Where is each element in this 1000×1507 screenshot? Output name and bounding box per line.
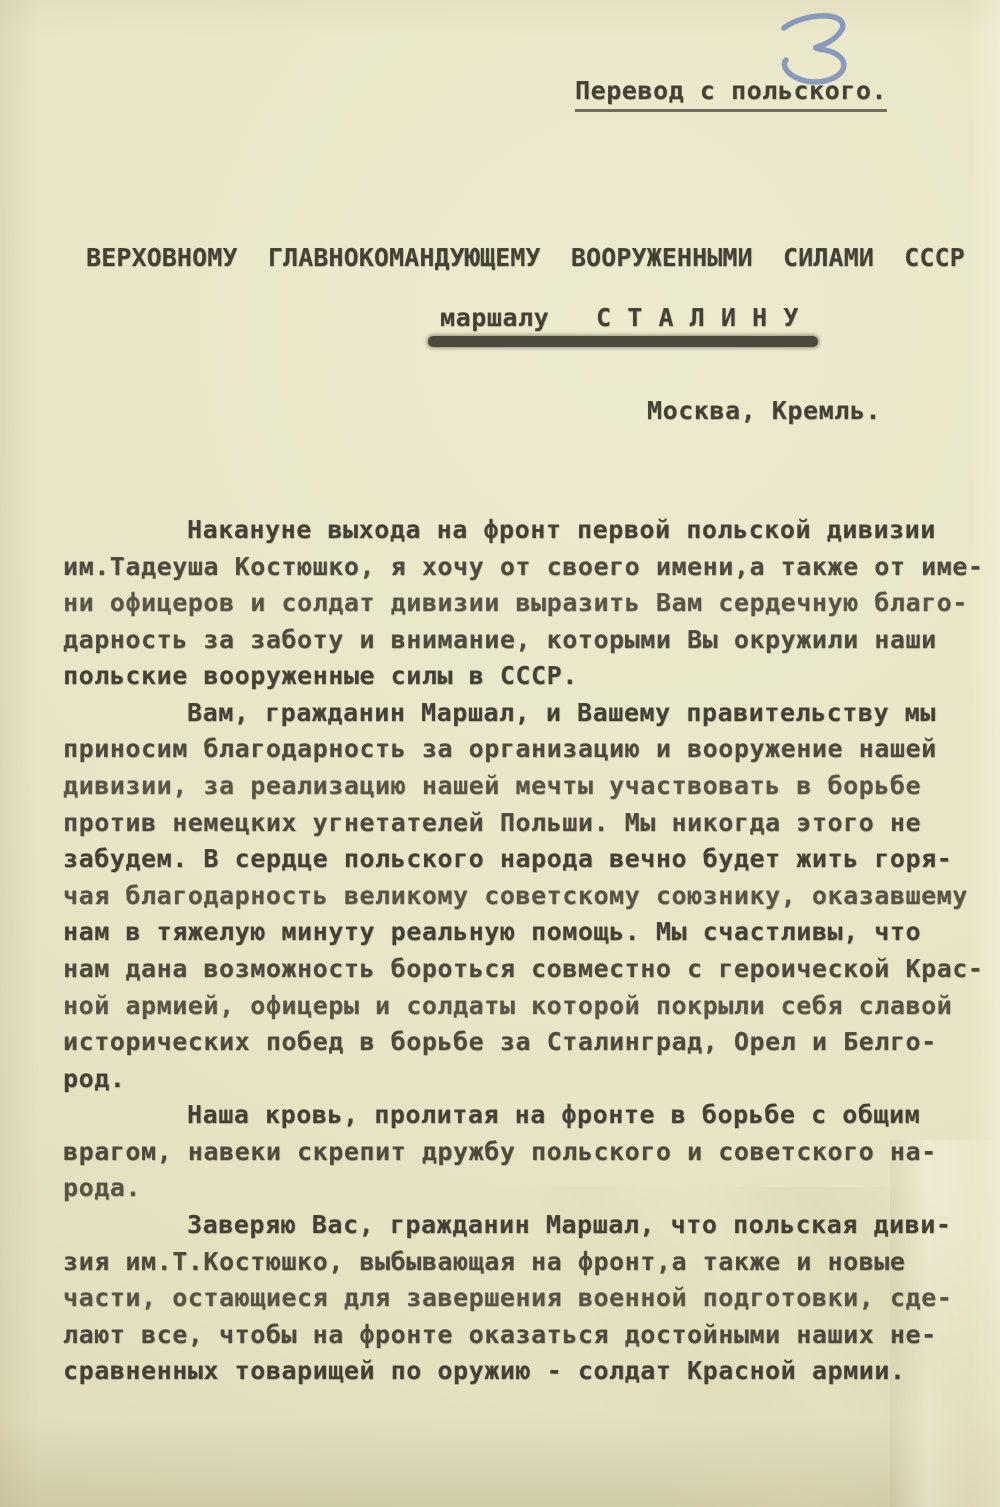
stalin-underline — [428, 336, 818, 347]
text-line: польские вооруженные силы в СССР. — [63, 658, 999, 695]
text-line: чая благодарность великому советскому со… — [63, 878, 999, 915]
text-line: ни офицеров и солдат дивизии выразить Ва… — [63, 585, 999, 622]
text-line: им.Тадеуша Костюшко, я хочу от своего им… — [63, 549, 999, 586]
text-line: дарность за заботу и внимание, которыми … — [63, 622, 999, 659]
text-line: врагом, навеки скрепит дружбу польского … — [63, 1134, 999, 1171]
paragraph: Заверяю Вас, гражданин Маршал, что польс… — [63, 1207, 999, 1390]
text-line: части, остающиеся для завершения военной… — [63, 1280, 999, 1317]
paragraph: Накануне выхода на фронт первой польской… — [63, 512, 999, 695]
text-line: забудем. В сердце польского народа вечно… — [63, 841, 999, 878]
addressee-line-2: маршалу С Т А Л И Н У — [440, 303, 799, 332]
translation-note: Перевод с польского. — [575, 76, 887, 112]
paragraph: Наша кровь, пролитая на фронте в борьбе … — [63, 1097, 999, 1207]
text-line: рода. — [63, 1170, 999, 1207]
text-line: род. — [63, 1061, 999, 1098]
addressee-line-1: ВЕРХОВНОМУ ГЛАВНОКОМАНДУЮЩЕМУ ВООРУЖЕННЫ… — [86, 243, 965, 272]
text-line: дивизии, за реализацию нашей мечты участ… — [63, 768, 999, 805]
text-line: нам в тяжелую минуту реальную помощь. Мы… — [63, 914, 999, 951]
text-line: Накануне выхода на фронт первой польской… — [63, 512, 999, 549]
address-city: Москва, Кремль. — [647, 396, 881, 425]
text-line: Вам, гражданин Маршал, и Вашему правител… — [63, 695, 999, 732]
text-line: против немецких угнетателей Польши. Мы н… — [63, 805, 999, 842]
text-line: лают все, чтобы на фронте оказаться дост… — [63, 1317, 999, 1354]
text-line: зия им.Т.Костюшко, выбывающая на фронт,а… — [63, 1244, 999, 1281]
text-line: сравненных товарищей по оружию - солдат … — [63, 1353, 999, 1390]
text-line: ной армией, офицеры и солдаты которой по… — [63, 988, 999, 1025]
paragraph: Вам, гражданин Маршал, и Вашему правител… — [63, 695, 999, 1097]
body-text: Накануне выхода на фронт первой польской… — [63, 512, 999, 1390]
text-line: исторических побед в борьбе за Сталингра… — [63, 1024, 999, 1061]
scanned-document-page: Перевод с польского. ВЕРХОВНОМУ ГЛАВНОКО… — [0, 0, 1000, 1507]
text-line: нам дана возможность бороться совместно … — [63, 951, 999, 988]
text-line: Заверяю Вас, гражданин Маршал, что польс… — [63, 1207, 999, 1244]
text-line: приносим благодарность за организацию и … — [63, 731, 999, 768]
text-line: Наша кровь, пролитая на фронте в борьбе … — [63, 1097, 999, 1134]
